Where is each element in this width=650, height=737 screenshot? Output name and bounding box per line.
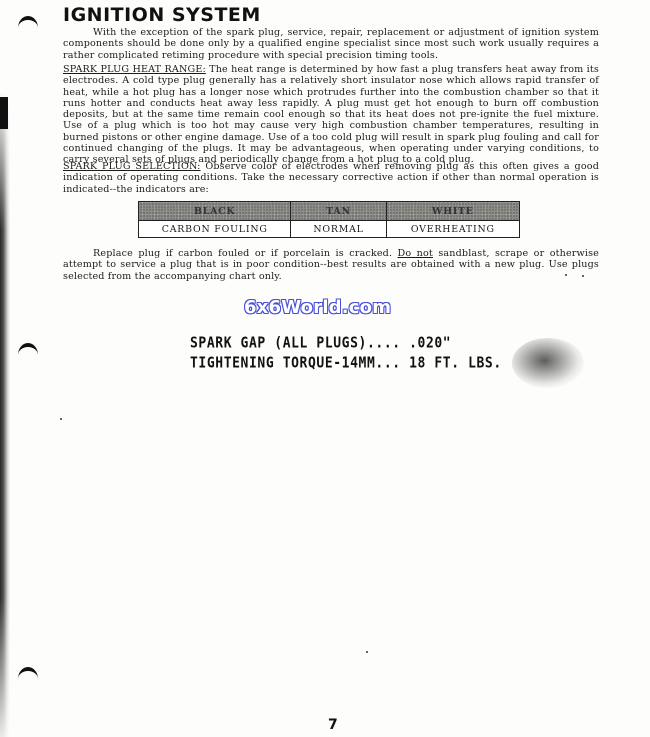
- speck: [582, 275, 584, 277]
- punch-hole-bottom: [18, 667, 38, 679]
- value-overheating: OVERHEATING: [386, 221, 519, 238]
- replace-paragraph: Replace plug if carbon fouled or if porc…: [63, 248, 599, 282]
- replace-text-before: Replace plug if carbon fouled or if porc…: [93, 248, 392, 259]
- binding-edge: [0, 0, 10, 737]
- punch-hole-top: [18, 16, 38, 28]
- intro-paragraph: With the exception of the spark plug, se…: [63, 27, 599, 61]
- ink-smudge: [512, 338, 584, 388]
- watermark-logo: 6x6World.com: [244, 297, 391, 318]
- indicator-table: BLACK TAN WHITE CARBON FOULING NORMAL OV…: [138, 201, 520, 238]
- value-carbon-fouling: CARBON FOULING: [139, 221, 291, 238]
- header-tan: TAN: [291, 202, 386, 221]
- speck: [565, 274, 567, 276]
- selection-heading: SPARK PLUG SELECTION:: [63, 161, 201, 172]
- heat-range-paragraph: SPARK PLUG HEAT RANGE: The heat range is…: [63, 64, 599, 166]
- page-number: 7: [328, 717, 338, 733]
- header-white: WHITE: [386, 202, 519, 221]
- spec-spark-gap: SPARK GAP (ALL PLUGS).... .020": [190, 335, 451, 352]
- page-title: IGNITION SYSTEM: [63, 4, 261, 26]
- header-black: BLACK: [139, 202, 291, 221]
- punch-hole-middle: [18, 343, 38, 355]
- replace-emphasis: Do not: [398, 248, 433, 259]
- speck: [60, 418, 62, 420]
- spec-tightening-torque: TIGHTENING TORQUE-14MM... 18 FT. LBS.: [190, 355, 502, 372]
- binding-mark: [0, 97, 8, 129]
- intro-text: With the exception of the spark plug, se…: [63, 27, 599, 61]
- speck: [366, 651, 368, 653]
- heat-range-heading: SPARK PLUG HEAT RANGE:: [63, 64, 206, 75]
- heat-range-text: The heat range is determined by how fast…: [63, 64, 599, 165]
- selection-paragraph: SPARK PLUG SELECTION: Observe color of e…: [63, 161, 599, 195]
- value-normal: NORMAL: [291, 221, 386, 238]
